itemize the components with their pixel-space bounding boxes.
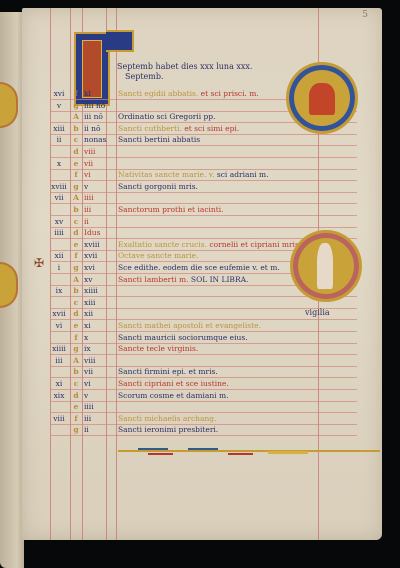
feast-entry: Octave sancte marie. <box>118 250 198 261</box>
calendar-row: xicviSancti cipriani et sce iustine. <box>22 378 352 389</box>
roman-day: xiiii <box>84 285 106 296</box>
feast-text: sci adriani m. <box>215 170 269 179</box>
feast-text: Sce edithe. eodem die sce eufemie v. et … <box>118 263 280 272</box>
roman-day: xii <box>84 308 106 319</box>
calendar-row: viiifiiiSancti michaelis archang. <box>22 413 352 424</box>
cross-mark-icon: ✠ <box>34 256 44 270</box>
dominical-letter: A <box>70 274 82 285</box>
feast-entry: Sancti ieronimi presbiteri. <box>118 424 218 435</box>
dominical-letter: g <box>70 262 82 273</box>
roman-day: Idus <box>84 227 106 238</box>
roman-day: nonas <box>84 134 106 145</box>
golden-number: xvii <box>49 308 69 319</box>
feast-entry: Sancti cipriani et sce iustine. <box>118 378 229 389</box>
dominical-letter: d <box>70 308 82 319</box>
golden-number: xiii <box>49 123 69 134</box>
dominical-letter: f <box>70 169 82 180</box>
feast-text: Sancti bertini abbatis <box>118 135 200 144</box>
feast-text: Octave sancte marie. <box>118 251 198 260</box>
roman-day: ii nō <box>84 123 106 134</box>
dominical-letter: b <box>70 366 82 377</box>
header-line-1: Septemb habet dies xxx luna xxx. <box>117 62 252 72</box>
feast-text: Sancti egidii abbatis. <box>118 89 198 98</box>
dominical-letter: b <box>70 204 82 215</box>
golden-number: xvi <box>49 88 69 99</box>
golden-number: xi <box>49 378 69 389</box>
dominical-letter: d <box>70 227 82 238</box>
golden-number: iiii <box>49 227 69 238</box>
feast-text: Sancti cuthberti. <box>118 124 182 133</box>
calendar-row: xixdvScorum cosme et damiani m. <box>22 390 352 401</box>
feast-entry: Sancti cuthberti. et sci simi epi. <box>118 123 239 134</box>
feast-text: Sancti michaelis archang. <box>118 414 217 423</box>
roman-day: xvii <box>84 250 106 261</box>
roman-day: vi <box>84 169 106 180</box>
golden-number: xv <box>49 216 69 227</box>
feast-text: Sancti mathei apostoli et evangeliste. <box>118 321 261 330</box>
feast-text: Sancte tecle virginis. <box>118 344 198 353</box>
calendar-row: xviiigvSancti gorgonii mris. <box>22 181 352 192</box>
golden-number: viii <box>49 413 69 424</box>
calendar-row: fviNativitas sancte marie. v. sci adrian… <box>22 169 352 180</box>
calendar-row: xvcii <box>22 216 352 227</box>
roman-day: iiii <box>84 192 106 203</box>
feast-text: Scorum cosme et damiani m. <box>118 391 228 400</box>
roman-day: iiii nō <box>84 100 106 111</box>
golden-number: xviii <box>49 181 69 192</box>
feast-text: Sancti firmini epi. et mris. <box>118 367 218 376</box>
feast-entry: Sancte tecle virginis. <box>118 343 198 354</box>
roman-day: kł <box>84 88 106 99</box>
libra-zodiac-roundel <box>290 230 362 302</box>
golden-number: xix <box>49 390 69 401</box>
roman-day: xiii <box>84 297 106 308</box>
facing-roundel-bottom <box>0 262 18 308</box>
feast-text: Sancti ieronimi presbiteri. <box>118 425 218 434</box>
feast-entry: Sancti michaelis archang. <box>118 413 217 424</box>
roman-day: vii <box>84 158 106 169</box>
calendar-row: giiSancti ieronimi presbiteri. <box>22 424 352 435</box>
feast-entry: Sancti egidii abbatis. et sci prisci. m. <box>118 88 259 99</box>
calendar-row: biiiSanctorum prothi et iacinti. <box>22 204 352 215</box>
roman-day: ii <box>84 216 106 227</box>
calendar-row: cxiii <box>22 297 352 308</box>
feast-entry: Scorum cosme et damiani m. <box>118 390 228 401</box>
facing-page-edge <box>0 12 24 568</box>
dominical-letter: e <box>70 401 82 412</box>
feast-text: Sancti gorgonii mris. <box>118 182 198 191</box>
feast-text: Ordinatio sci Gregorii pp. <box>118 112 215 121</box>
roman-day: xvi <box>84 262 106 273</box>
dominical-letter: g <box>70 100 82 111</box>
vigil-note: vigilia <box>305 308 330 317</box>
calendar-row: eiiii <box>22 401 352 412</box>
roman-day: xviii <box>84 239 106 250</box>
dominical-letter: d <box>70 146 82 157</box>
initial-flourish <box>106 30 134 52</box>
dominical-letter: f <box>70 413 82 424</box>
feast-text: Nativitas sancte marie. v. <box>118 170 215 179</box>
roman-day: viii <box>84 146 106 157</box>
facing-roundel-top <box>0 82 18 128</box>
dominical-letter: g <box>70 424 82 435</box>
roman-day: ii <box>84 424 106 435</box>
roman-day: iii <box>84 204 106 215</box>
dominical-letter: g <box>70 343 82 354</box>
feast-text: cornelii et cipriani mris. <box>207 240 301 249</box>
golden-number: xiiii <box>49 343 69 354</box>
feast-entry: Sancti mathei apostoli et evangeliste. <box>118 320 261 331</box>
golden-number: xii <box>49 250 69 261</box>
dominical-letter: A <box>70 111 82 122</box>
roman-day: xi <box>84 320 106 331</box>
calendar-row: xevii <box>22 158 352 169</box>
calendar-row: iicnonasSancti bertini abbatis <box>22 134 352 145</box>
roman-day: ix <box>84 343 106 354</box>
dominical-letter: c <box>70 216 82 227</box>
feast-entry: Sancti firmini epi. et mris. <box>118 366 218 377</box>
figure-icon <box>309 83 335 115</box>
feast-text: Sancti mauricii sociorumque eius. <box>118 333 248 342</box>
dominical-letter: f <box>70 332 82 343</box>
roman-day: iii <box>84 413 106 424</box>
dominical-letter: A <box>70 355 82 366</box>
golden-number: ii <box>49 134 69 145</box>
calendar-row: xiiiigixSancte tecle virginis. <box>22 343 352 354</box>
golden-number: x <box>49 158 69 169</box>
roman-day: vii <box>84 366 106 377</box>
dominical-letter: f <box>70 250 82 261</box>
feast-text: et sci simi epi. <box>182 124 239 133</box>
calendar-row: xviidxii <box>22 308 352 319</box>
golden-number: ix <box>49 285 69 296</box>
roman-day: v <box>84 390 106 401</box>
calendar-row: viiAiiii <box>22 192 352 203</box>
dominical-letter: c <box>70 378 82 389</box>
calendar-row: dviii <box>22 146 352 157</box>
dominical-letter: d <box>70 390 82 401</box>
calendar-row: fxSancti mauricii sociorumque eius. <box>22 332 352 343</box>
decorative-border-icon <box>118 446 380 458</box>
golden-number: vi <box>49 320 69 331</box>
calendar-row: viexiSancti mathei apostoli et evangelis… <box>22 320 352 331</box>
feast-entry: Sce edithe. eodem die sce eufemie v. et … <box>118 262 280 273</box>
roman-day: xv <box>84 274 106 285</box>
dominical-letter: A <box>70 192 82 203</box>
feast-entry: Sancti mauricii sociorumque eius. <box>118 332 248 343</box>
feast-text: Sancti cipriani et sce iustine. <box>118 379 229 388</box>
feast-text: Sancti lamberti m. <box>118 275 189 284</box>
dominical-letter: b <box>70 285 82 296</box>
ruling-line <box>50 435 357 436</box>
roman-day: v <box>84 181 106 192</box>
dominical-letter: f <box>70 88 82 99</box>
feast-text: Exaltatio sancte crucis. <box>118 240 207 249</box>
feast-entry: Sancti lamberti m. SOL IN LIBRA. <box>118 274 248 285</box>
dominical-letter: c <box>70 297 82 308</box>
dominical-letter: e <box>70 239 82 250</box>
manuscript-page: 5 Septemb habet dies xxx luna xxx. Septe… <box>22 8 382 540</box>
roman-day: vi <box>84 378 106 389</box>
roman-day: iii nō <box>84 111 106 122</box>
dominical-letter: e <box>70 158 82 169</box>
folio-number: 5 <box>362 10 368 20</box>
feast-entry: Sanctorum prothi et iacinti. <box>118 204 224 215</box>
header-line-2: Septemb. <box>117 72 252 82</box>
golden-number: i <box>49 262 69 273</box>
feast-entry: Exaltatio sancte crucis. cornelii et cip… <box>118 239 301 250</box>
feast-text: et sci prisci. m. <box>198 89 259 98</box>
calendar-header: Septemb habet dies xxx luna xxx. Septemb… <box>117 62 252 82</box>
calendar-row: iiiidIdus <box>22 227 352 238</box>
figure-icon <box>317 243 333 289</box>
dominical-letter: e <box>70 320 82 331</box>
labour-of-month-roundel <box>286 62 358 134</box>
roman-day: viii <box>84 355 106 366</box>
dominical-letter: b <box>70 123 82 134</box>
golden-number: v <box>49 100 69 111</box>
feast-text: Sanctorum prothi et iacinti. <box>118 205 224 214</box>
golden-number: vii <box>49 192 69 203</box>
feast-text: SOL IN LIBRA. <box>189 275 249 284</box>
feast-entry: Sancti gorgonii mris. <box>118 181 198 192</box>
feast-entry: Ordinatio sci Gregorii pp. <box>118 111 215 122</box>
feast-entry: Nativitas sancte marie. v. sci adriani m… <box>118 169 269 180</box>
dominical-letter: c <box>70 134 82 145</box>
calendar-row: iiiAviii <box>22 355 352 366</box>
golden-number: iii <box>49 355 69 366</box>
calendar-row: bviiSancti firmini epi. et mris. <box>22 366 352 377</box>
roman-day: iiii <box>84 401 106 412</box>
feast-entry: Sancti bertini abbatis <box>118 134 200 145</box>
roman-day: x <box>84 332 106 343</box>
dominical-letter: g <box>70 181 82 192</box>
